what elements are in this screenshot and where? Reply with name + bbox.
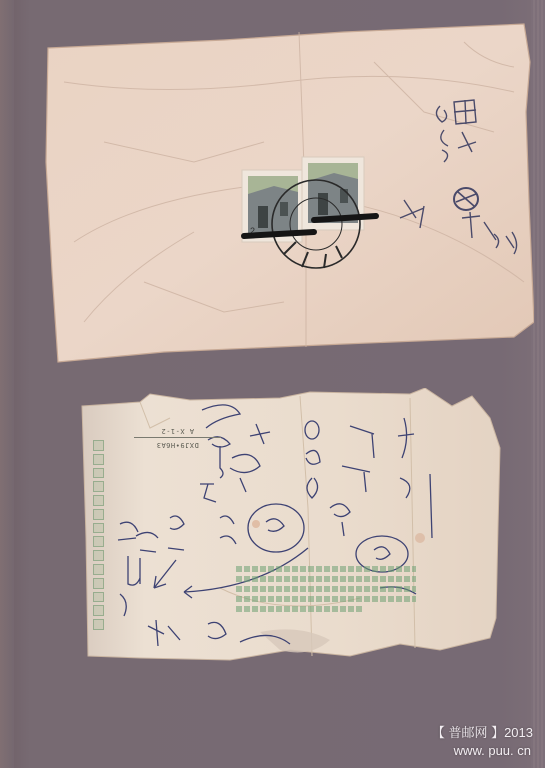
printed-code-line2: A X-1-2 — [130, 425, 225, 436]
strip-box — [93, 509, 104, 520]
green-print-line — [236, 586, 416, 592]
strip-box — [93, 495, 104, 506]
watermark-site-year: 【 普邮网 】2013 — [432, 724, 533, 742]
printed-code-rule — [134, 437, 221, 438]
green-print-line — [236, 606, 362, 612]
strip-box — [93, 523, 104, 534]
strip-box — [93, 468, 104, 479]
strip-box — [93, 605, 104, 616]
scan-edge-left — [0, 0, 14, 768]
printed-code-line1: DXJ9•H6A3 — [130, 439, 225, 450]
strip-box — [93, 454, 104, 465]
strip-box — [93, 536, 104, 547]
green-print-line — [236, 596, 416, 602]
green-print-line — [236, 576, 416, 582]
strip-box — [93, 592, 104, 603]
stamp-pair: 2 — [242, 157, 364, 242]
note-green-side-strip — [92, 440, 104, 630]
strip-box — [93, 564, 104, 575]
envelope: 2 — [44, 22, 534, 367]
note-printed-code: DXJ9•H6A3 A X-1-2 — [130, 425, 225, 450]
green-print-line — [236, 566, 416, 572]
strip-box — [93, 550, 104, 561]
watermark-url: www. puu. cn — [432, 742, 533, 760]
watermark: 【 普邮网 】2013 www. puu. cn — [432, 724, 533, 760]
strip-box — [93, 481, 104, 492]
strip-box — [93, 619, 104, 630]
note-green-printed-text — [236, 566, 416, 612]
envelope-illustration: 2 — [44, 22, 534, 367]
strip-box — [93, 440, 104, 451]
strip-box — [93, 578, 104, 589]
